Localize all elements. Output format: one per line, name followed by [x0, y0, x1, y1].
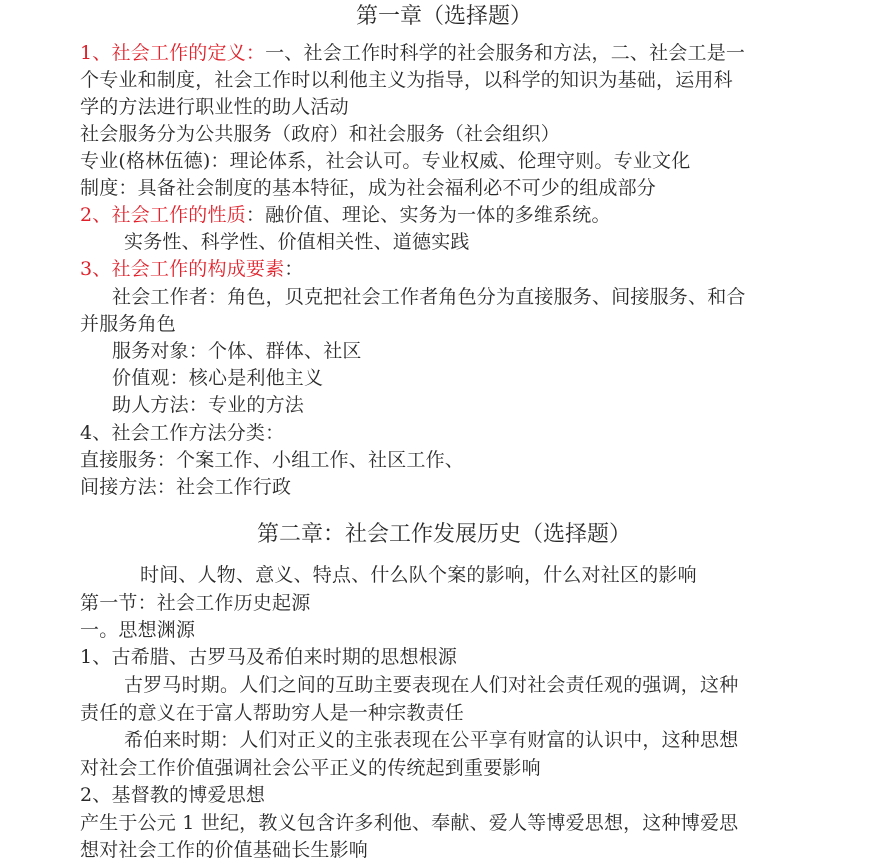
text-line: 社会服务分为公共服务（政府）和社会服务（社会组织）: [80, 121, 560, 147]
text-line: 产生于公元 1 世纪，教义包含许多利他、奉献、爱人等博爱思想，这种博爱思: [80, 810, 738, 836]
text-line: 学的方法进行职业性的助人活动: [80, 94, 349, 120]
text-line: 2、社会工作的性质：融价值、理论、实务为一体的多维系统。: [80, 202, 611, 228]
red-heading: 1、社会工作的定义：: [80, 42, 265, 64]
text-line: 第一节：社会工作历史起源: [80, 590, 310, 616]
red-heading: 3、社会工作的构成要素: [80, 258, 284, 280]
text-line: 时间、人物、意义、特点、什么队个案的影响，什么对社区的影响: [140, 562, 697, 588]
text-line: 古罗马时期。人们之间的互助主要表现在人们对社会责任观的强调，这种: [124, 672, 738, 698]
text-line: 助人方法：专业的方法: [112, 392, 304, 418]
text-line: 制度：具备社会制度的基本特征，成为社会福利必不可少的组成部分: [80, 175, 656, 201]
text-line: 社会工作者：角色，贝克把社会工作者角色分为直接服务、间接服务、和合: [112, 284, 746, 310]
text-line: 个专业和制度，社会工作时以利他主义为指导，以科学的知识为基础，运用科: [80, 67, 733, 93]
document-page: 第一章（选择题） 1、社会工作的定义：一、社会工作时科学的社会服务和方法，二、社…: [0, 0, 888, 864]
text-line: 希伯来时期：人们对正义的主张表现在公平享有财富的认识中，这种思想: [124, 727, 738, 753]
text-line: 3、社会工作的构成要素：: [80, 256, 304, 282]
text-line: 1、社会工作的定义：一、社会工作时科学的社会服务和方法，二、社会工是一: [80, 40, 745, 66]
text-line: 并服务角色: [80, 311, 176, 337]
text-line: 价值观：核心是利他主义: [112, 365, 323, 391]
text-line: 1、古希腊、古罗马及希伯来时期的思想根源: [80, 644, 457, 670]
chapter-1-title: 第一章（选择题）: [0, 2, 888, 32]
text-line: 一。思想渊源: [80, 617, 195, 643]
text-line: 想对社会工作的价值基础长生影响: [80, 837, 368, 863]
text-line: 实务性、科学性、价值相关性、道德实践: [124, 229, 470, 255]
text-line: 服务对象：个体、群体、社区: [112, 338, 362, 364]
text-line: 专业(格林伍德)：理论体系，社会认可。专业权威、伦理守则。专业文化: [80, 148, 690, 174]
text-line: 直接服务：个案工作、小组工作、社区工作、: [80, 447, 464, 473]
chapter-2-title: 第二章：社会工作发展历史（选择题）: [0, 520, 888, 550]
text-line: 间接方法：社会工作行政: [80, 474, 291, 500]
text-line: 对社会工作价值强调社会公平正义的传统起到重要影响: [80, 755, 541, 781]
text-line: 2、基督教的博爱思想: [80, 782, 265, 808]
text-line: 责任的意义在于富人帮助穷人是一种宗教责任: [80, 700, 464, 726]
red-heading: 2、社会工作的性质: [80, 204, 246, 226]
text-line: 4、社会工作方法分类：: [80, 420, 284, 446]
